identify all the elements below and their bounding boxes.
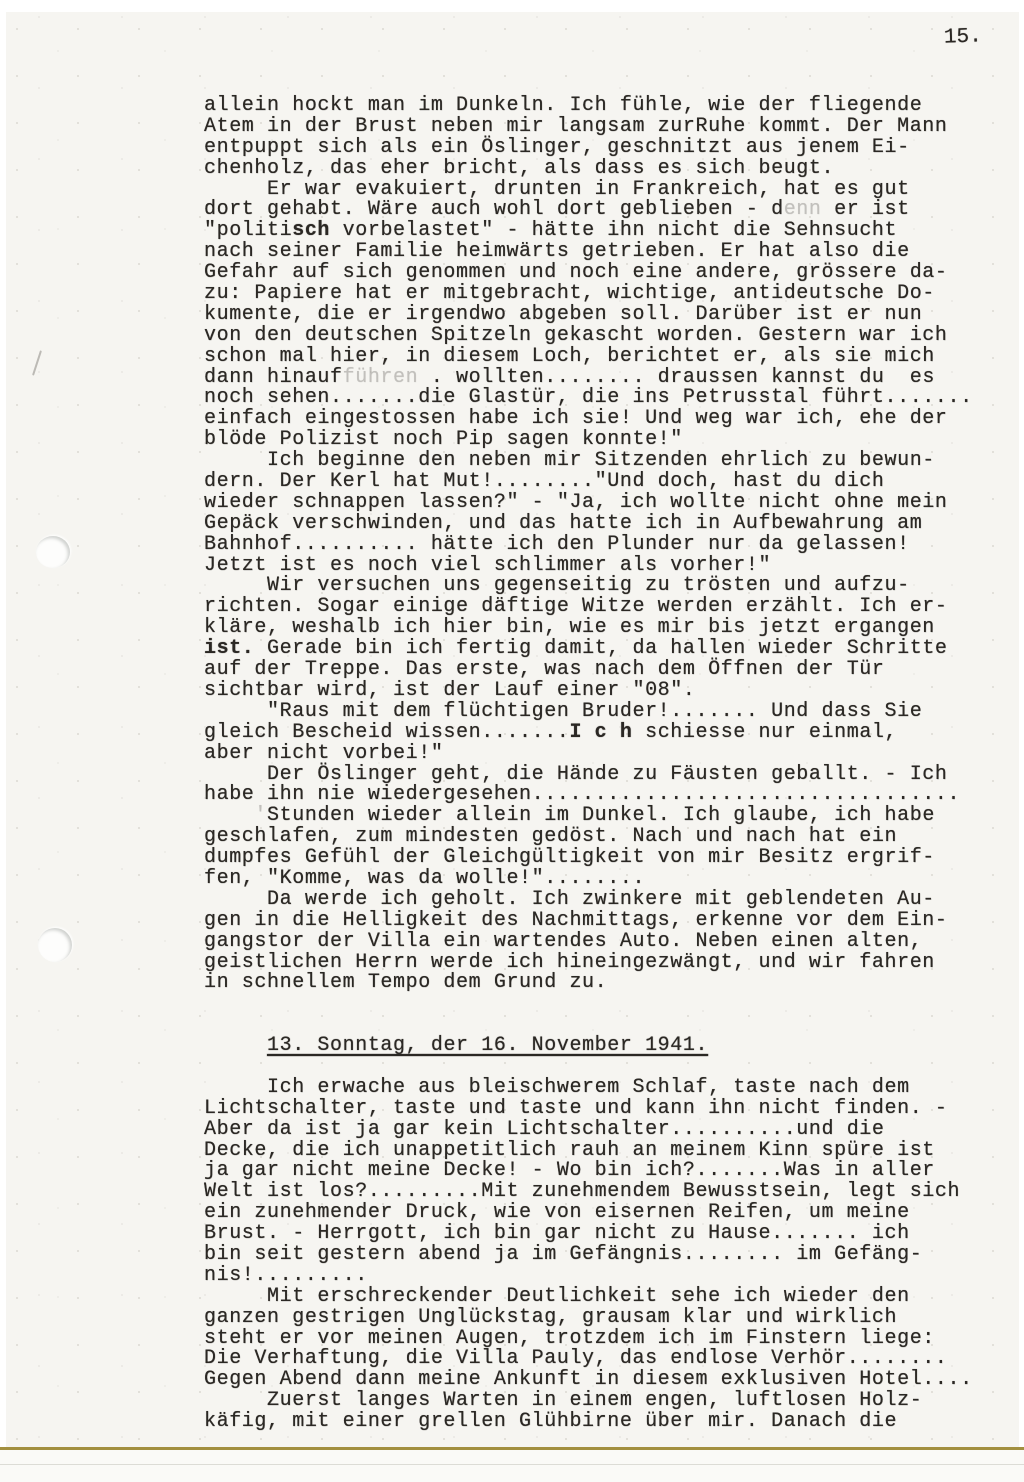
text-line: steht er vor meinen Augen, trotzdem ich … — [204, 1329, 973, 1350]
text-line: blöde Polizist noch Pip sagen konnte!" — [204, 430, 973, 451]
text-line: ganzen gestrigen Unglückstag, grausam kl… — [204, 1308, 973, 1329]
text-line: kumente, die er irgendwo abgeben soll. D… — [204, 305, 973, 326]
text-line: Lichtschalter, taste und taste und kann … — [204, 1099, 973, 1120]
text-line: ja gar nicht meine Decke! - Wo bin ich?.… — [204, 1161, 973, 1182]
text-line: von den deutschen Spitzeln gekascht word… — [204, 326, 973, 347]
page-number: 15. — [944, 25, 983, 49]
text-line: gangstor der Villa ein wartendes Auto. N… — [204, 932, 973, 953]
scanner-edge-line — [0, 1464, 1024, 1465]
text-line: 13. Sonntag, der 16. November 1941. — [204, 1036, 973, 1057]
text-line: sichtbar wird, ist der Lauf einer "08". — [204, 681, 973, 702]
text-line: aber nicht vorbei!" — [204, 744, 973, 765]
text-line: "politisch vorbelastet" - hätte ihn nich… — [204, 221, 973, 242]
text-line: nis!......... — [204, 1266, 973, 1287]
text-line: fen, "Komme, was da wolle!"........ — [204, 869, 973, 890]
text-line: Wir versuchen uns gegenseitig zu trösten… — [204, 576, 973, 597]
scanner-background — [0, 1450, 1024, 1482]
text-line: einfach eingestossen habe ich sie! Und w… — [204, 409, 973, 430]
text-line — [204, 1057, 973, 1078]
text-line: gen in die Helligkeit des Nachmittags, e… — [204, 911, 973, 932]
text-line: käfig, mit einer grellen Glühbirne über … — [204, 1412, 973, 1433]
text-line: Gepäck verschwinden, und das hatte ich i… — [204, 514, 973, 535]
text-line: auf der Treppe. Das erste, was nach dem … — [204, 660, 973, 681]
text-line: Decke, die ich unappetitlich rauh an mei… — [204, 1141, 973, 1162]
punch-hole-top — [36, 536, 70, 568]
text-line: noch sehen.......die Glastür, die ins Pe… — [204, 388, 973, 409]
text-line: Mit erschreckender Deutlichkeit sehe ich… — [204, 1287, 973, 1308]
text-line: Aber da ist ja gar kein Lichtschalter...… — [204, 1120, 973, 1141]
text-line: Gegen Abend dann meine Ankunft in diesem… — [204, 1370, 973, 1391]
text-line: schon mal hier, in diesem Loch, berichte… — [204, 347, 973, 368]
text-line: geschlafen, zum mindesten gedöst. Nach u… — [204, 827, 973, 848]
text-line: ist. Gerade bin ich fertig damit, da hal… — [204, 639, 973, 660]
text-line: dumpfes Gefühl der Gleichgültigkeit von … — [204, 848, 973, 869]
punch-hole-bottom — [38, 928, 72, 962]
text-line: chenholz, das eher bricht, als dass es s… — [204, 159, 973, 180]
stray-pen-mark — [32, 350, 42, 375]
text-line: Welt ist los?.........Mit zunehmendem Be… — [204, 1182, 973, 1203]
text-line — [204, 994, 973, 1015]
text-line: Ich beginne den neben mir Sitzenden ehrl… — [204, 451, 973, 472]
text-line: geistlichen Herrn werde ich hineingezwän… — [204, 953, 973, 974]
text-line: wieder schnappen lassen?" - "Ja, ich wol… — [204, 493, 973, 514]
text-line: 'Stunden wieder allein im Dunkel. Ich gl… — [204, 806, 973, 827]
text-line: dern. Der Kerl hat Mut!........"Und doch… — [204, 472, 973, 493]
text-line: habe ihn nie wiedergesehen..............… — [204, 785, 973, 806]
text-line: Ich erwache aus bleischwerem Schlaf, tas… — [204, 1078, 973, 1099]
text-line: zu: Papiere hat er mitgebracht, wichtige… — [204, 284, 973, 305]
text-line: Bahnhof.......... hätte ich den Plunder … — [204, 535, 973, 556]
text-line: dann hinaufführen . wollten........ drau… — [204, 368, 973, 389]
text-line: Der Öslinger geht, die Hände zu Fäusten … — [204, 765, 973, 786]
text-line: bin seit gestern abend ja im Gefängnis..… — [204, 1245, 973, 1266]
text-line: in schnellem Tempo dem Grund zu. — [204, 973, 973, 994]
text-line: nach seiner Familie heimwärts getrieben.… — [204, 242, 973, 263]
text-line: Atem in der Brust neben mir langsam zurR… — [204, 117, 973, 138]
text-line: Zuerst langes Warten in einem engen, luf… — [204, 1391, 973, 1412]
text-line: Brust. - Herrgott, ich bin gar nicht zu … — [204, 1224, 973, 1245]
text-line: "Raus mit dem flüchtigen Bruder!....... … — [204, 702, 973, 723]
text-line: Gefahr auf sich genommen und noch eine a… — [204, 263, 973, 284]
text-line: Die Verhaftung, die Villa Pauly, das end… — [204, 1349, 973, 1370]
text-line: gleich Bescheid wissen.......I c h schie… — [204, 723, 973, 744]
text-line — [204, 1015, 973, 1036]
text-line: Da werde ich geholt. Ich zwinkere mit ge… — [204, 890, 973, 911]
text-line: Jetzt ist es noch viel schlimmer als vor… — [204, 556, 973, 577]
text-line: richten. Sogar einige däftige Witze werd… — [204, 597, 973, 618]
text-line: Er war evakuiert, drunten in Frankreich,… — [204, 180, 973, 201]
text-line: allein hockt man im Dunkeln. Ich fühle, … — [204, 96, 973, 117]
text-line: entpuppt sich als ein Öslinger, geschnit… — [204, 138, 973, 159]
typewritten-text: allein hockt man im Dunkeln. Ich fühle, … — [204, 96, 973, 1433]
text-line: ein zunehmender Druck, wie von eisernen … — [204, 1203, 973, 1224]
